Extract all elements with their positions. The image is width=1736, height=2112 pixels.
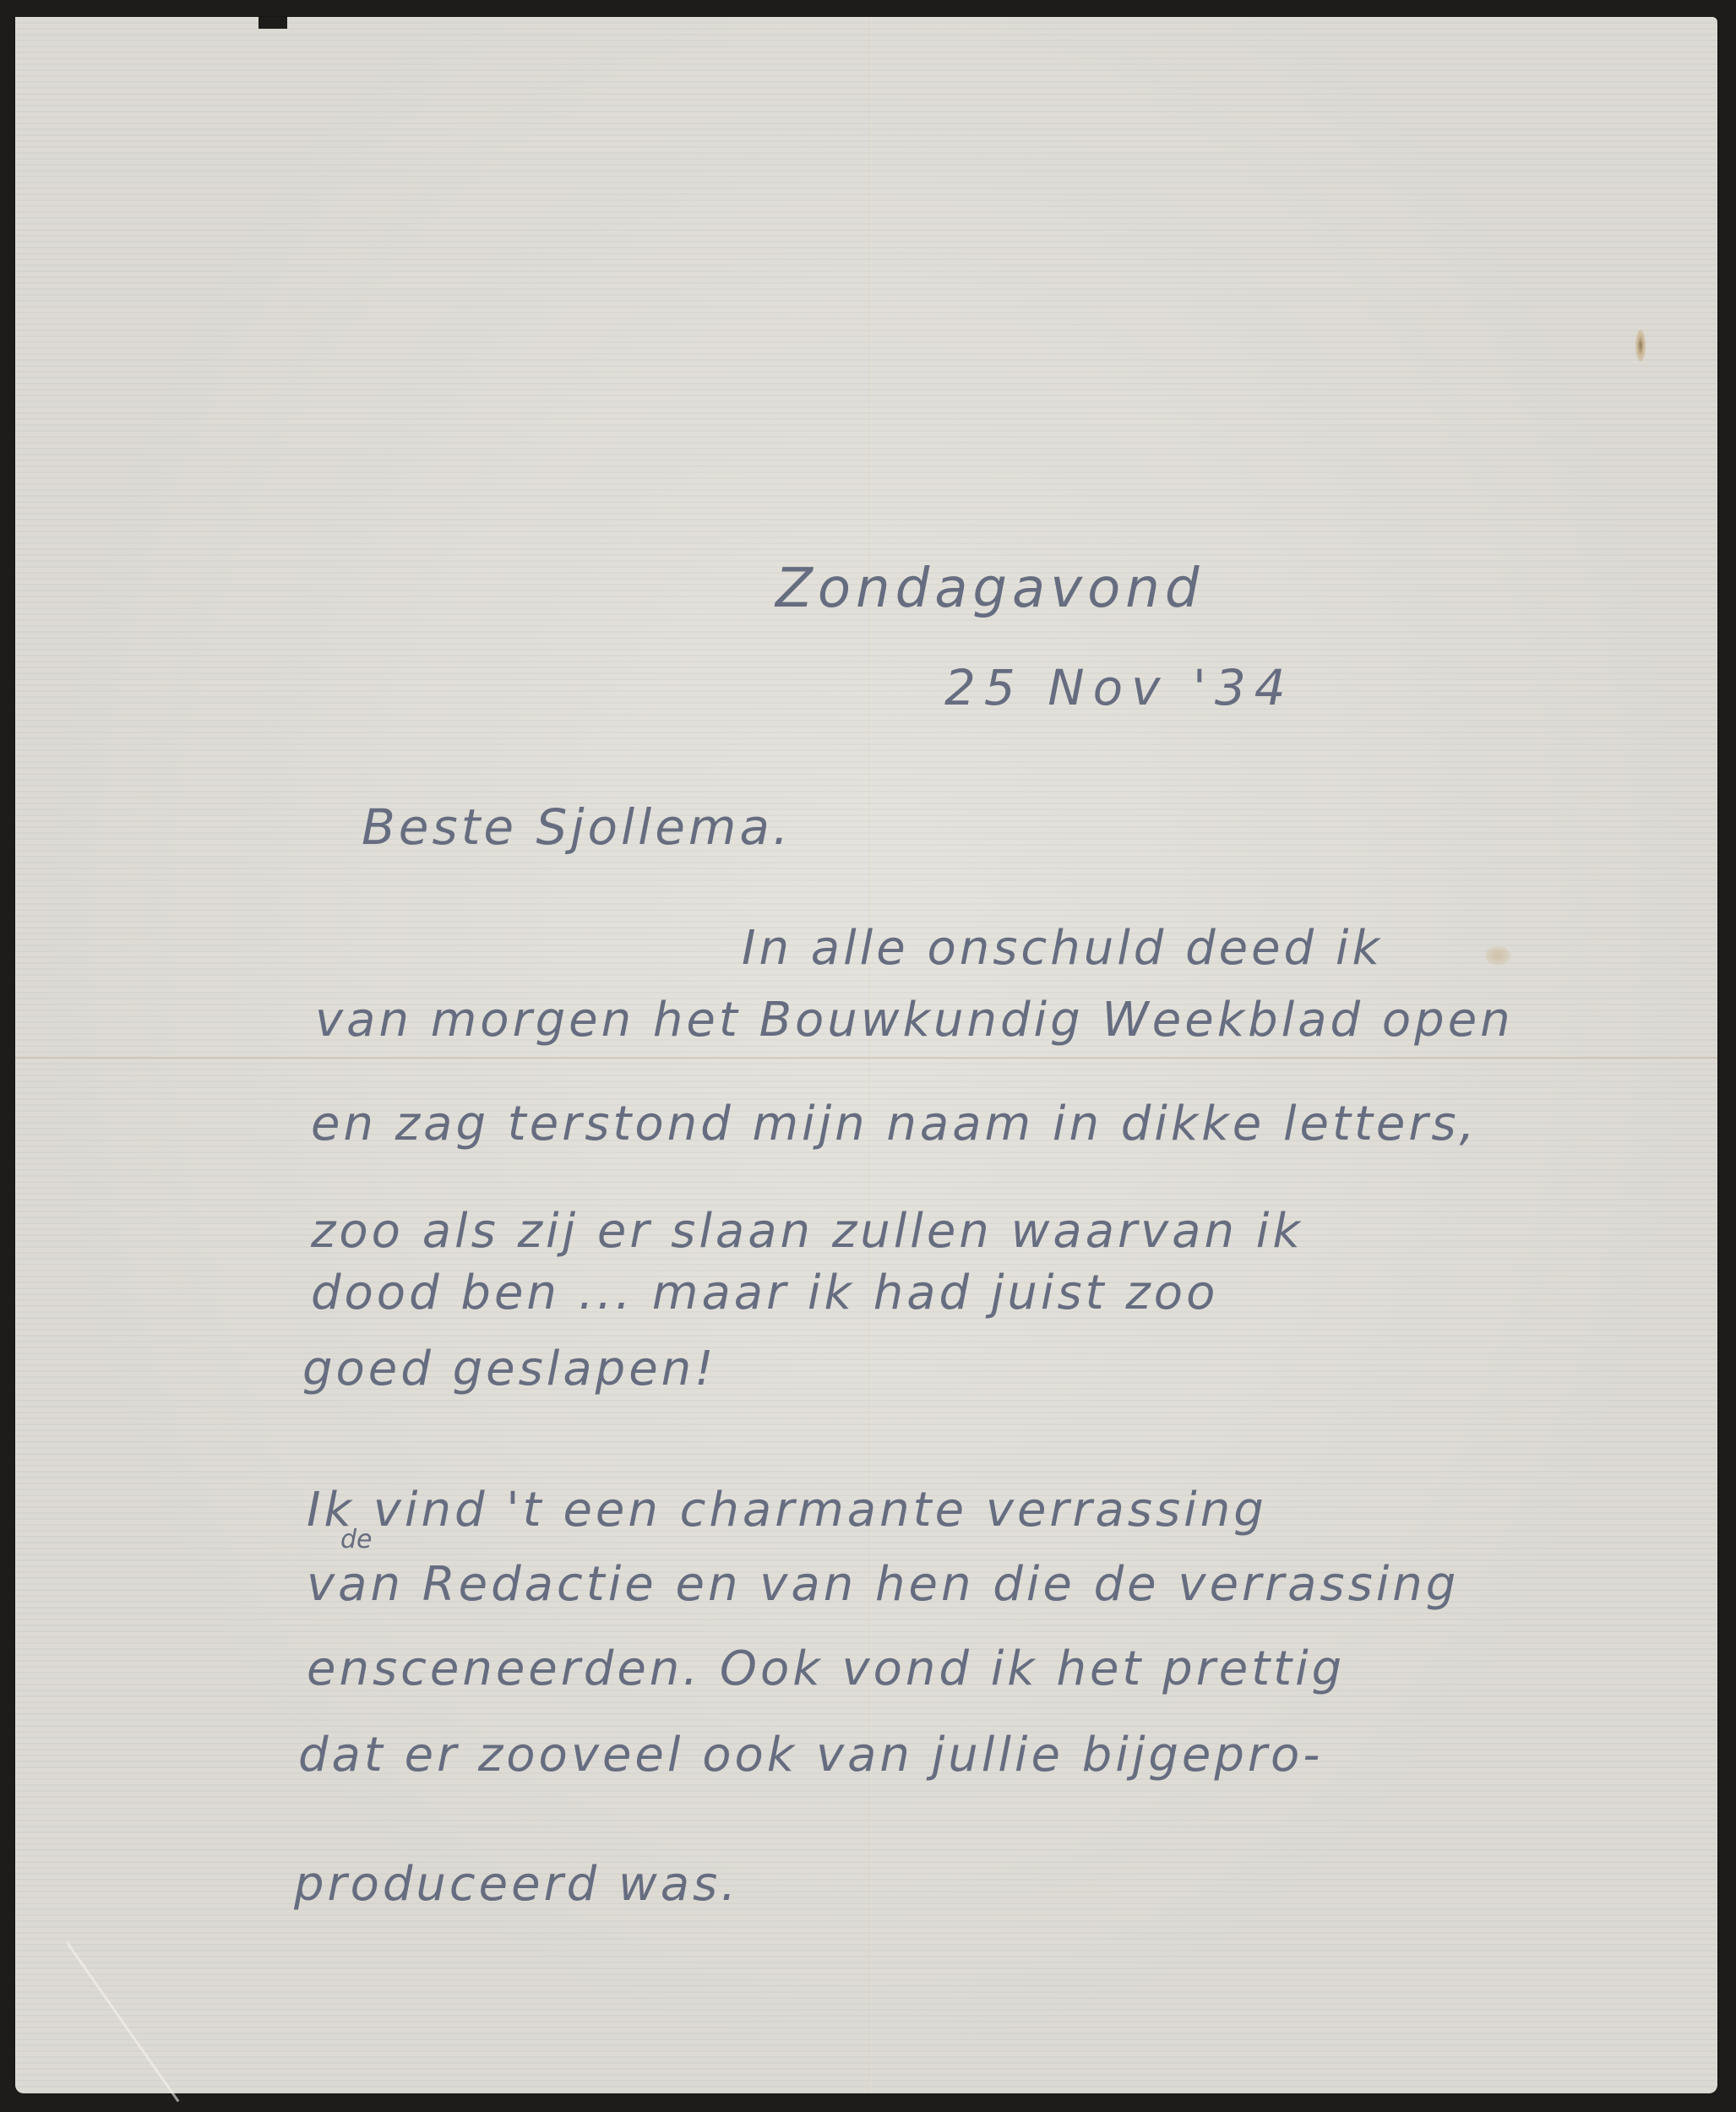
corner-crease	[66, 1941, 179, 2102]
letter-line: ensceneerden. Ook vond ik het prettig	[307, 1641, 1345, 1696]
letter-line: In alle onschuld deed ik	[742, 921, 1383, 976]
letter-line: van Redactie en van hen die de verrassin…	[307, 1557, 1459, 1612]
letter-line: zoo als zij er slaan zullen waarvan ik	[311, 1204, 1303, 1259]
letter-date: 25 Nov '34	[944, 659, 1294, 716]
horizontal-fold-line	[15, 1057, 1717, 1059]
letter-line: dood ben ... maar ik had juist zoo	[311, 1266, 1218, 1320]
letter-line: dat er zooveel ook van jullie bijgepro-	[298, 1728, 1323, 1783]
foxing-spot	[1485, 946, 1510, 965]
letter-salutation: Beste Sjollema.	[362, 798, 792, 856]
scan-background: Zondagavond 25 Nov '34 Beste Sjollema. I…	[0, 0, 1736, 2112]
letter-line: Ik vind 't een charmante verrassing	[307, 1483, 1267, 1538]
letter-line: produceerd was.	[294, 1857, 739, 1912]
letter-day-heading: Zondagavond	[775, 558, 1204, 620]
letter-line: goed geslapen!	[302, 1342, 717, 1396]
letter-line: van morgen het Bouwkundig Weekblad open	[315, 993, 1514, 1048]
letter-sheet: Zondagavond 25 Nov '34 Beste Sjollema. I…	[15, 17, 1717, 2093]
ink-stain	[1635, 329, 1646, 362]
interlinear-insertion: de	[340, 1525, 373, 1554]
torn-edge-notch	[258, 17, 287, 29]
letter-line: en zag terstond mijn naam in dikke lette…	[311, 1097, 1478, 1151]
